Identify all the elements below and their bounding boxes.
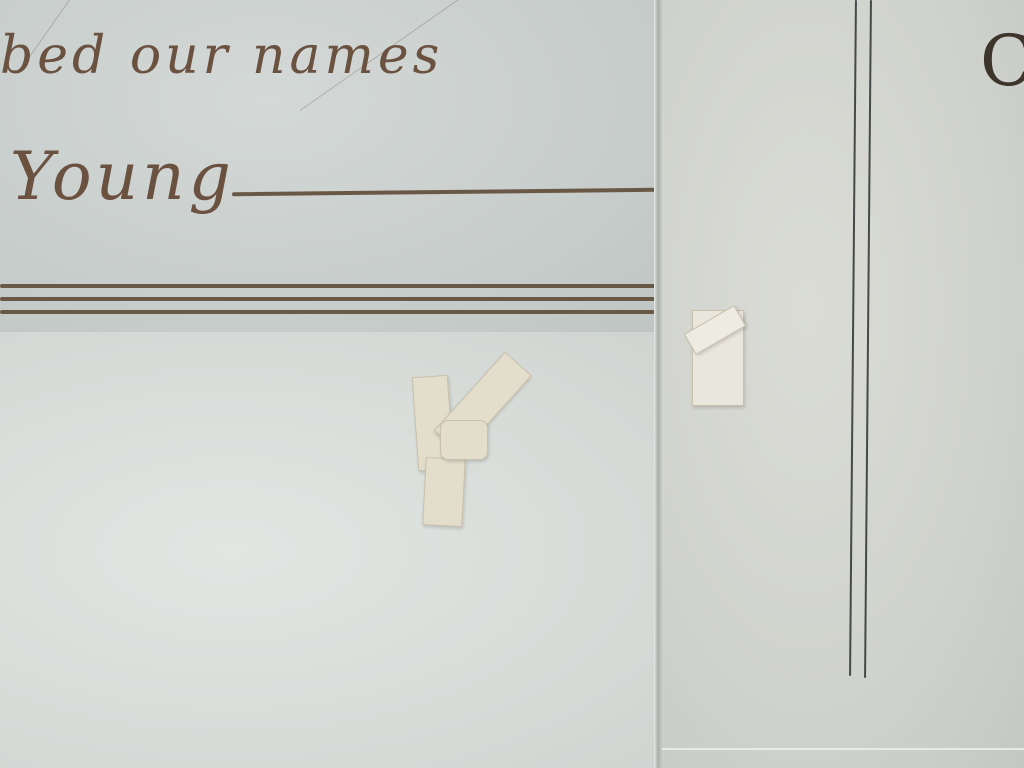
right-sheet-bottom-edge [662,748,1024,750]
ruled-line-1 [0,284,656,288]
handwritten-line-names: bed our names [0,26,443,86]
lower-fold [0,332,660,768]
ruled-line-2 [0,297,656,301]
parchment-tag-knot [440,420,488,460]
ruled-line-3 [0,310,656,314]
handwritten-signature-young: Young [10,138,235,215]
sheet-edge [654,0,662,768]
parchment-tag-tail [422,457,466,527]
partial-letter: C [980,20,1024,102]
left-parchment-sheet [0,0,660,768]
